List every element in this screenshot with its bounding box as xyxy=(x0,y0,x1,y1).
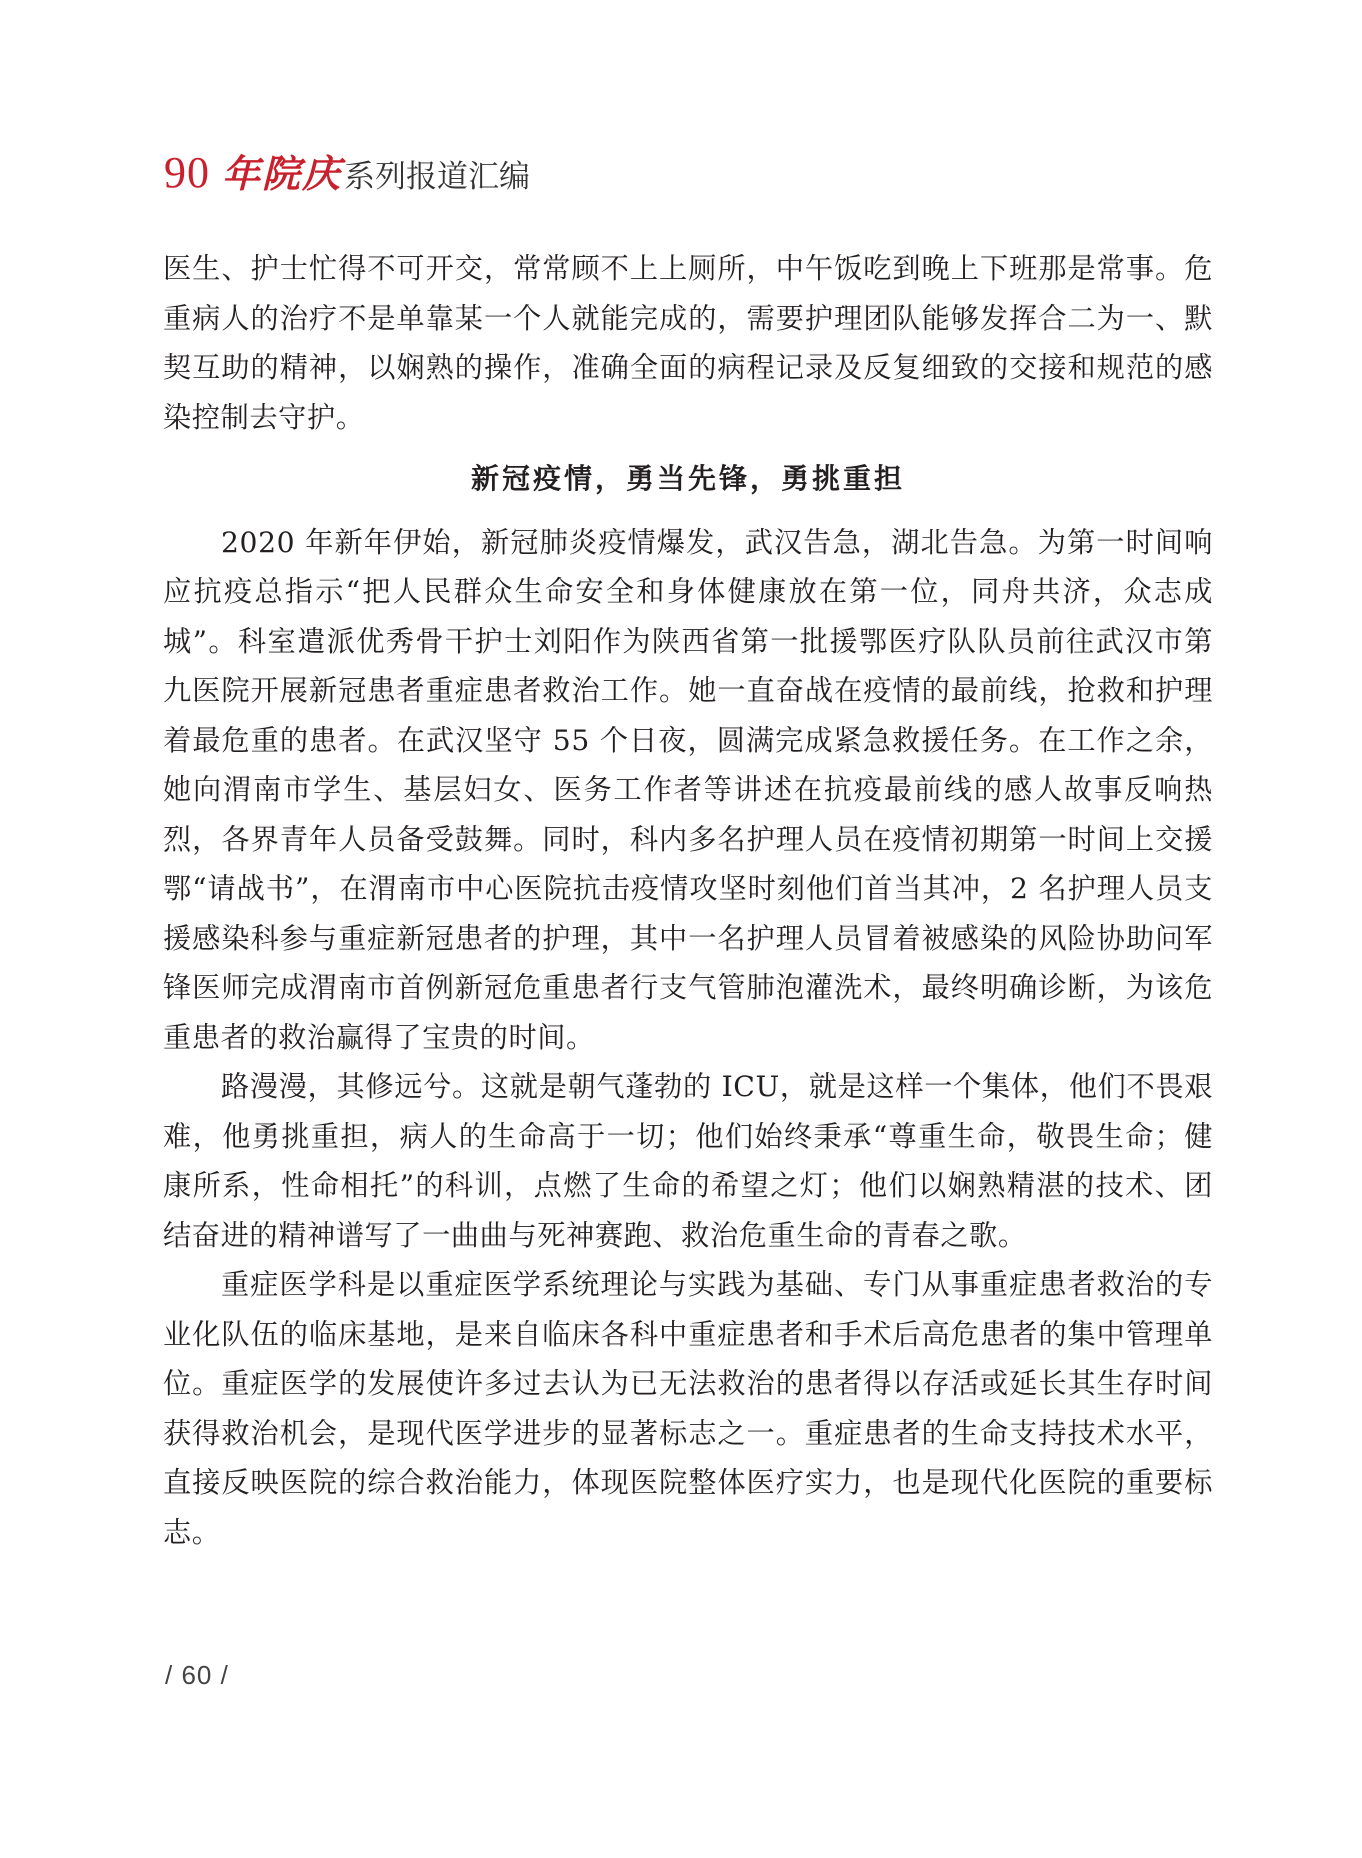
paragraph-continued: 医生、护士忙得不可开交，常常顾不上上厕所，中午饭吃到晚上下班那是常事。危重病人的… xyxy=(163,244,1213,442)
header-anniversary-number: 90 xyxy=(164,151,210,195)
article-body: 医生、护士忙得不可开交，常常顾不上上厕所，中午饭吃到晚上下班那是常事。危重病人的… xyxy=(163,244,1213,1557)
running-header: 90 年院庆 系列报道汇编 xyxy=(164,151,530,201)
page-number: / 60 / xyxy=(165,1660,229,1691)
paragraph-critical-care-intro: 重症医学科是以重症医学系统理论与实践为基础、专门从事重症患者救治的专业化队伍的临… xyxy=(163,1260,1213,1557)
paragraph-icu-spirit: 路漫漫，其修远兮。这就是朝气蓬勃的 ICU，就是这样一个集体，他们不畏艰难，他勇… xyxy=(163,1062,1213,1260)
section-heading: 新冠疫情，勇当先锋，勇挑重担 xyxy=(163,454,1213,504)
paragraph-covid-response: 2020 年新年伊始，新冠肺炎疫情爆发，武汉告急，湖北告急。为第一时间响应抗疫总… xyxy=(163,518,1213,1063)
document-page: 90 年院庆 系列报道汇编 医生、护士忙得不可开交，常常顾不上上厕所，中午饭吃到… xyxy=(0,0,1362,1858)
header-series-subtitle: 系列报道汇编 xyxy=(344,162,530,193)
header-anniversary-title: 年院庆 xyxy=(222,155,342,193)
